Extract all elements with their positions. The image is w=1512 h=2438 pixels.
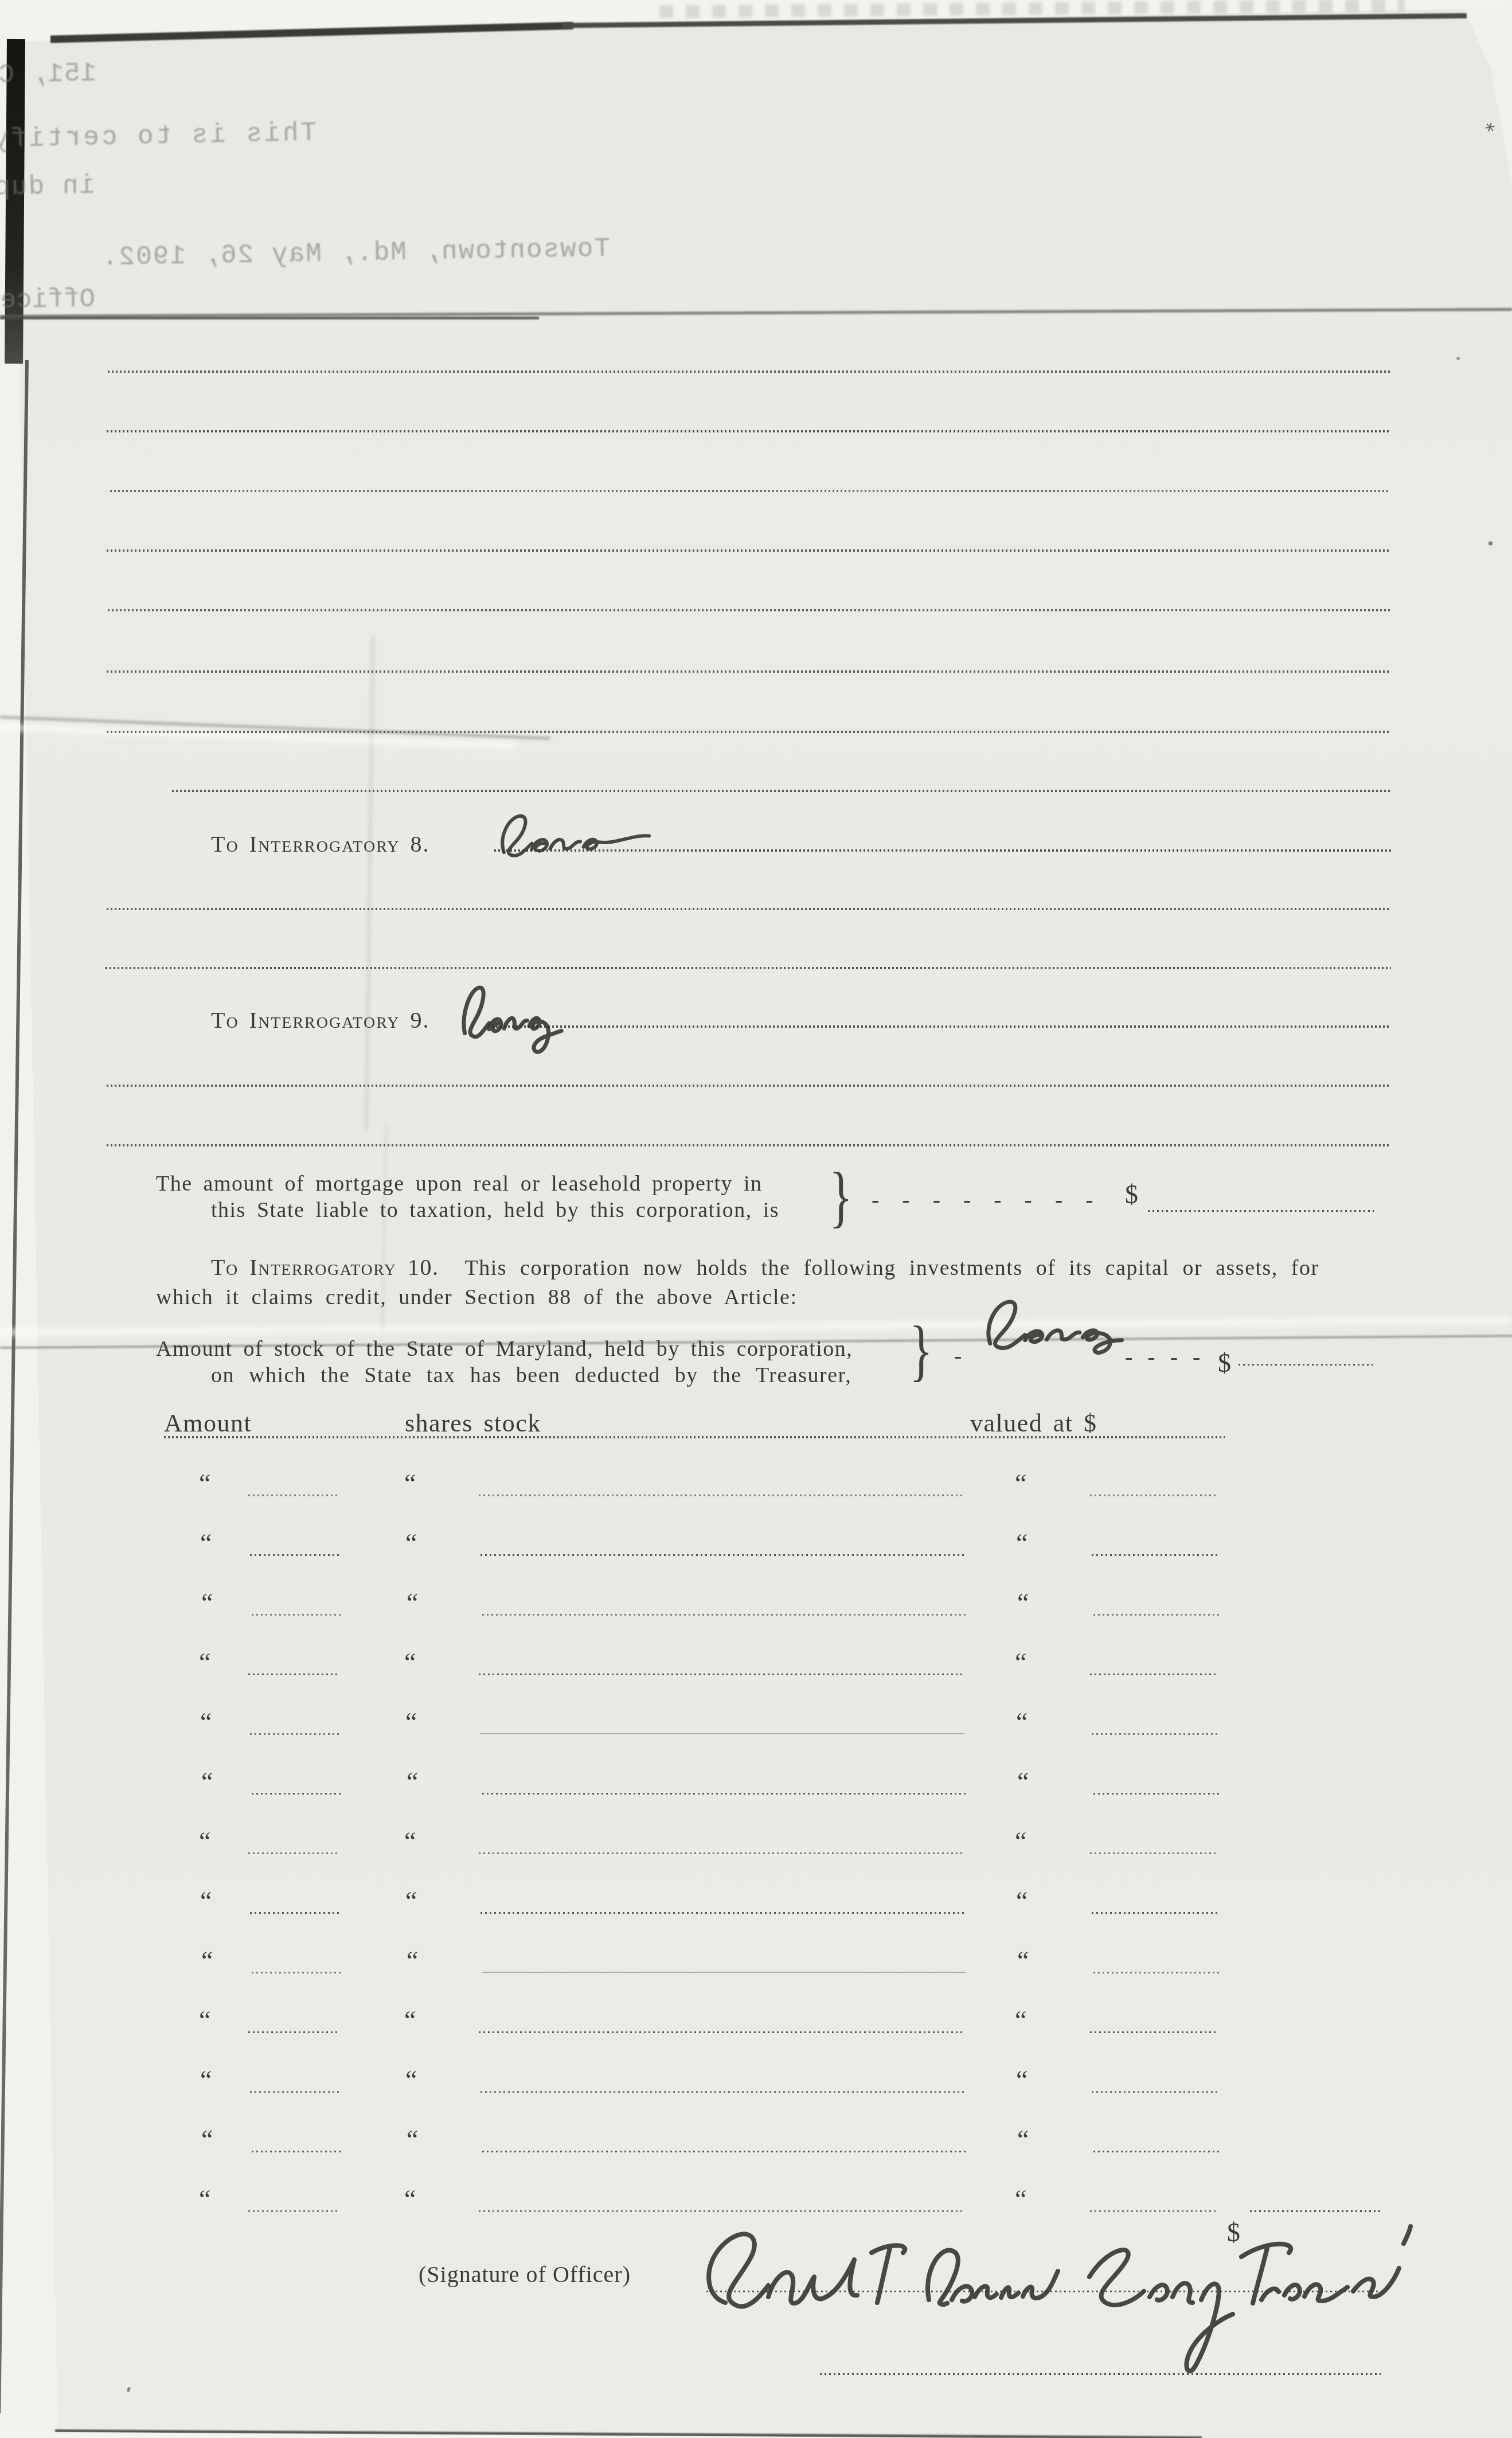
signature-label: (Signature of Officer) — [419, 2261, 631, 2288]
interrogatory-10-line2: which it claims credit, under Section 88… — [156, 1285, 797, 1310]
ditto-mark: “ — [404, 2184, 416, 2214]
table-header-amount: Amount — [164, 1409, 252, 1438]
ruled-answer-line — [107, 908, 1391, 910]
interrogatory-10-label: To Interrogatory 10. — [211, 1254, 439, 1280]
scan-top-right-corner — [1456, 0, 1512, 184]
table-header-valued-at: valued at $ — [970, 1409, 1097, 1438]
ditto-mark: “ — [199, 1826, 210, 1856]
stock-clause-line1: Amount of stock of the State of Maryland… — [156, 1336, 853, 1362]
mortgage-amount-line — [1148, 1210, 1374, 1212]
table-row-blank-line — [482, 1972, 966, 1973]
bleedthrough-line-3: in duplicate. — [0, 171, 95, 205]
ditto-mark: “ — [1015, 1826, 1026, 1856]
interrogatory-9-label: To Interrogatory 9. — [211, 1007, 429, 1033]
table-row-blank-line — [252, 1793, 341, 1795]
table-row-blank-line — [480, 1733, 964, 1734]
officer-signature-handwriting — [682, 2191, 1428, 2386]
table-row-blank-line — [250, 1554, 339, 1556]
table-row-blank-line — [1090, 1495, 1218, 1496]
ditto-mark: “ — [1017, 1766, 1029, 1797]
table-row-blank-line — [250, 1733, 339, 1735]
ruled-answer-line — [107, 1144, 1391, 1146]
ditto-mark: “ — [404, 1826, 416, 1856]
table-row-blank-line — [248, 1674, 338, 1675]
ditto-mark: “ — [404, 1468, 416, 1499]
ditto-mark: “ — [1015, 1468, 1026, 1499]
ditto-mark: “ — [200, 2065, 212, 2095]
ruled-answer-line — [106, 967, 1391, 969]
stock-clause-line2: on which the State tax has been deducted… — [211, 1363, 851, 1388]
ruled-answer-line — [492, 1025, 1391, 1028]
bleedthrough-line-4: Towsontown, Md., May 26, 1902. — [101, 234, 611, 272]
interrogatory-10-text: This corporation now holds the following… — [464, 1256, 1319, 1280]
crease-lower-highlight — [0, 1316, 1512, 1336]
table-row-blank-line — [1093, 2151, 1222, 2152]
ditto-mark: “ — [1015, 1647, 1026, 1678]
ditto-mark: “ — [200, 1528, 212, 1558]
ditto-mark: “ — [199, 2184, 210, 2214]
ditto-mark: “ — [201, 1766, 213, 1797]
ditto-mark: “ — [200, 1886, 212, 1916]
crease-middle-right — [545, 700, 1511, 742]
mortgage-dash-marks: - - - - - - - - — [872, 1186, 1095, 1213]
ditto-mark: “ — [1016, 1707, 1027, 1737]
table-row-blank-line — [1093, 1972, 1222, 1973]
ditto-mark: “ — [405, 1886, 417, 1916]
ditto-mark: “ — [1015, 2005, 1026, 2035]
table-header-shares-stock: shares stock — [405, 1409, 541, 1438]
table-row-blank-line — [479, 1674, 963, 1675]
interrogatory-8-label: To Interrogatory 8. — [211, 830, 429, 857]
table-row-blank-line — [248, 1852, 338, 1854]
interrogatory-8-answer-handwriting — [494, 812, 666, 860]
table-row-blank-line — [250, 1912, 339, 1914]
ruled-answer-line — [107, 430, 1391, 432]
scanned-document-page: 151, Chapter 148, Laws of Maryland, 1918… — [0, 0, 1512, 2438]
ditto-mark: “ — [1016, 2065, 1027, 2095]
interrogatory-10-line1: To Interrogatory 10. This corporation no… — [211, 1254, 1319, 1281]
table-row-blank-line — [480, 2091, 964, 2093]
table-row-blank-line — [1093, 1793, 1222, 1795]
stock-currency-sign: $ — [1218, 1348, 1231, 1378]
table-row-blank-line — [1092, 1912, 1220, 1914]
ruled-answer-line — [108, 370, 1391, 373]
ditto-mark: “ — [201, 1587, 213, 1618]
table-row-blank-line — [1090, 1674, 1218, 1675]
scan-speck-dot-upper — [1456, 357, 1460, 360]
mortgage-clause-brace: } — [829, 1163, 853, 1231]
table-row-blank-line — [248, 2210, 338, 2212]
scan-speck-dot-right — [1488, 541, 1493, 545]
ditto-mark: “ — [405, 2065, 417, 2095]
scan-left-margin — [0, 0, 58, 2438]
table-row-blank-line — [482, 2151, 966, 2152]
mortgage-clause-line1: The amount of mortgage upon real or leas… — [156, 1171, 763, 1196]
ditto-mark: “ — [199, 2005, 210, 2035]
ditto-mark: “ — [404, 2005, 416, 2035]
stock-answer-handwriting — [975, 1295, 1124, 1361]
table-row-blank-line — [480, 1554, 964, 1556]
crease-vertical — [365, 637, 374, 1130]
table-header-rule — [164, 1436, 1225, 1438]
table-row-blank-line — [482, 1614, 966, 1616]
stock-dash-marks-right: - - - - — [1125, 1343, 1200, 1370]
ruled-answer-line — [107, 731, 1391, 733]
stock-amount-line — [1238, 1364, 1375, 1366]
mortgage-currency-sign: $ — [1125, 1179, 1138, 1210]
table-row-blank-line — [480, 1912, 964, 1914]
ditto-mark: “ — [407, 2124, 418, 2155]
table-row-blank-line — [248, 2031, 338, 2033]
table-row-blank-line — [482, 1793, 966, 1795]
table-row-blank-line — [1090, 1852, 1218, 1854]
table-row-blank-line — [252, 1972, 341, 1973]
ditto-mark: “ — [407, 1587, 418, 1618]
table-row-blank-line — [1092, 1554, 1220, 1556]
ruled-answer-line — [110, 490, 1390, 492]
fold-crease-top-dark-left — [0, 317, 539, 319]
ditto-mark: “ — [199, 1468, 210, 1499]
ruled-answer-line — [107, 670, 1391, 673]
table-row-blank-line — [250, 2091, 339, 2093]
table-row-blank-line — [248, 1495, 338, 1496]
scan-speck-dot-bottomleft — [127, 2386, 131, 2392]
ditto-mark: “ — [407, 1945, 418, 1976]
scan-speck-star: * — [1480, 118, 1497, 143]
table-row-blank-line — [1092, 1733, 1220, 1735]
interrogatory-9-answer-handwriting — [458, 974, 587, 1057]
ditto-mark: “ — [405, 1528, 417, 1558]
ditto-mark: “ — [1016, 1886, 1027, 1916]
ditto-mark: “ — [1016, 1528, 1027, 1558]
table-row-blank-line — [1093, 1614, 1222, 1616]
ditto-mark: “ — [199, 1647, 210, 1678]
ditto-mark: “ — [201, 2124, 213, 2155]
table-row-blank-line — [252, 2151, 341, 2152]
ruled-answer-line — [107, 1085, 1391, 1087]
stock-dash-left: - — [954, 1342, 962, 1369]
ditto-mark: “ — [407, 1766, 418, 1797]
ditto-mark: “ — [405, 1707, 417, 1737]
ditto-mark: “ — [1017, 1587, 1029, 1618]
stock-clause-brace: } — [909, 1317, 933, 1384]
mortgage-clause-line2: this State liable to taxation, held by t… — [211, 1197, 779, 1223]
ruled-answer-line — [107, 549, 1391, 552]
table-row-blank-line — [479, 1495, 963, 1496]
ruled-answer-line — [108, 609, 1390, 611]
table-row-blank-line — [479, 1852, 963, 1854]
table-row-blank-line — [1092, 2091, 1220, 2093]
ruled-answer-line — [172, 790, 1391, 792]
table-row-blank-line — [479, 2031, 963, 2033]
table-row-blank-line — [252, 1614, 341, 1616]
bleedthrough-line-2: This is to certify, in pursuance of Sect… — [0, 118, 317, 164]
ditto-mark: “ — [200, 1707, 212, 1737]
ditto-mark: “ — [1017, 1945, 1029, 1976]
ditto-mark: “ — [201, 1945, 213, 1976]
ditto-mark: “ — [1017, 2124, 1029, 2155]
table-row-blank-line — [1090, 2031, 1218, 2033]
ditto-mark: “ — [404, 1647, 416, 1678]
